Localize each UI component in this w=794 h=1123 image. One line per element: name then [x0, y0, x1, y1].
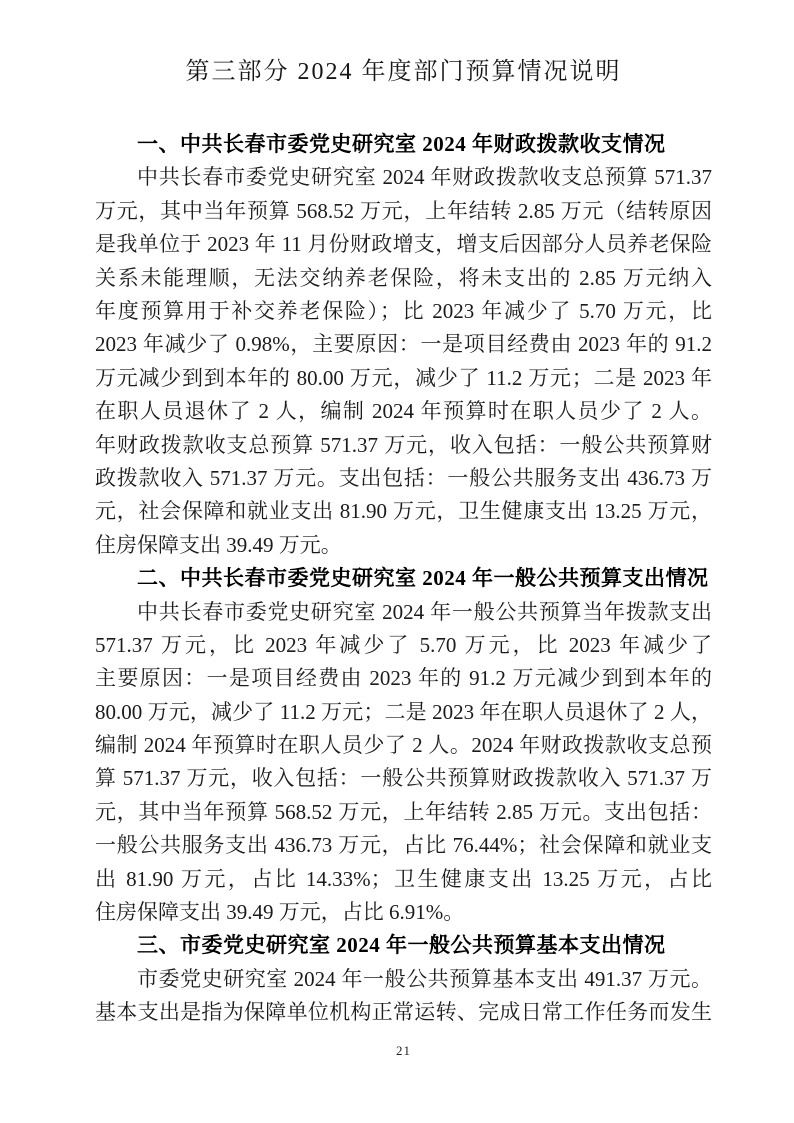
paragraph-line: 元，社会保障和就业支出 81.90 万元，卫生健康支出 13.25 万元， — [95, 495, 712, 528]
page-number: 21 — [396, 1043, 411, 1058]
paragraph-line: 基本支出是指为保障单位机构正常运转、完成日常工作任务而发生 — [95, 996, 712, 1029]
section-1-paragraph: 中共长春市委党史研究室 2024 年财政拨款收支总预算 571.37 万元，其中… — [95, 161, 712, 562]
paragraph-line: 2023 年减少了 0.98%，主要原因：一是项目经费由 2023 年的 91.… — [95, 328, 712, 361]
paragraph-line: 关系未能理顺，无法交纳养老保险，将未支出的 2.85 万元纳入 2024 — [95, 262, 712, 295]
paragraph-line: 在职人员退休了 2 人，编制 2024 年预算时在职人员少了 2 人。2024 — [95, 395, 712, 428]
paragraph-line: 编制 2024 年预算时在职人员少了 2 人。2024 年财政拨款收支总预 — [95, 729, 712, 762]
paragraph-line: 元，其中当年预算 568.52 万元，上年结转 2.85 万元。支出包括： — [95, 796, 712, 829]
paragraph-line: 住房保障支出 39.49 万元。 — [95, 529, 712, 562]
paragraph-line: 万元减少到到本年的 80.00 万元，减少了 11.2 万元；二是 2023 年 — [95, 362, 712, 395]
paragraph-line: 算 571.37 万元，收入包括：一般公共预算财政拨款收入 571.37 万 — [95, 762, 712, 795]
paragraph-line: 年度预算用于补交养老保险）；比 2023 年减少了 5.70 万元，比 — [95, 295, 712, 328]
page-title: 第三部分 2024 年度部门预算情况说明 — [95, 52, 712, 92]
section-public-budget-expenditure: 二、中共长春市委党史研究室 2024 年一般公共预算支出情况 中共长春市委党史研… — [95, 562, 712, 929]
section-3-heading: 三、市委党史研究室 2024 年一般公共预算基本支出情况 — [95, 929, 712, 962]
paragraph-line: 政拨款收入 571.37 万元。支出包括：一般公共服务支出 436.73 万 — [95, 462, 712, 495]
paragraph-line: 万元，其中当年预算 568.52 万元，上年结转 2.85 万元（结转原因 — [95, 195, 712, 228]
paragraph-line: 是我单位于 2023 年 11 月份财政增支，增支后因部分人员养老保险 — [95, 228, 712, 261]
paragraph-line: 中共长春市委党史研究室 2024 年一般公共预算当年拨款支出 — [95, 596, 712, 629]
section-3-paragraph: 市委党史研究室 2024 年一般公共预算基本支出 491.37 万元。 基本支出… — [95, 963, 712, 1030]
section-1-heading: 一、中共长春市委党史研究室 2024 年财政拨款收支情况 — [95, 128, 712, 161]
section-2-paragraph: 中共长春市委党史研究室 2024 年一般公共预算当年拨款支出 571.37 万元… — [95, 596, 712, 930]
paragraph-line: 出 81.90 万元，占比 14.33%；卫生健康支出 13.25 万元，占比 … — [95, 863, 712, 896]
document-page: 第三部分 2024 年度部门预算情况说明 一、中共长春市委党史研究室 2024 … — [0, 0, 794, 1123]
paragraph-line: 住房保障支出 39.49 万元，占比 6.91%。 — [95, 896, 712, 929]
section-basic-expenditure: 三、市委党史研究室 2024 年一般公共预算基本支出情况 市委党史研究室 202… — [95, 929, 712, 1029]
section-fiscal-appropriation: 一、中共长春市委党史研究室 2024 年财政拨款收支情况 中共长春市委党史研究室… — [95, 128, 712, 562]
paragraph-line: 主要原因：一是项目经费由 2023 年的 91.2 万元减少到到本年的 — [95, 662, 712, 695]
paragraph-line: 一般公共服务支出 436.73 万元，占比 76.44%；社会保障和就业支 — [95, 829, 712, 862]
page-footer: 21 — [95, 1042, 712, 1060]
paragraph-line: 市委党史研究室 2024 年一般公共预算基本支出 491.37 万元。 — [95, 963, 712, 996]
paragraph-line: 80.00 万元，减少了 11.2 万元；二是 2023 年在职人员退休了 2 … — [95, 696, 712, 729]
paragraph-line: 571.37 万元，比 2023 年减少了 5.70 万元，比 2023 年减少… — [95, 629, 712, 662]
section-2-heading: 二、中共长春市委党史研究室 2024 年一般公共预算支出情况 — [95, 562, 712, 595]
paragraph-line: 年财政拨款收支总预算 571.37 万元，收入包括：一般公共预算财 — [95, 429, 712, 462]
paragraph-line: 中共长春市委党史研究室 2024 年财政拨款收支总预算 571.37 — [95, 161, 712, 194]
